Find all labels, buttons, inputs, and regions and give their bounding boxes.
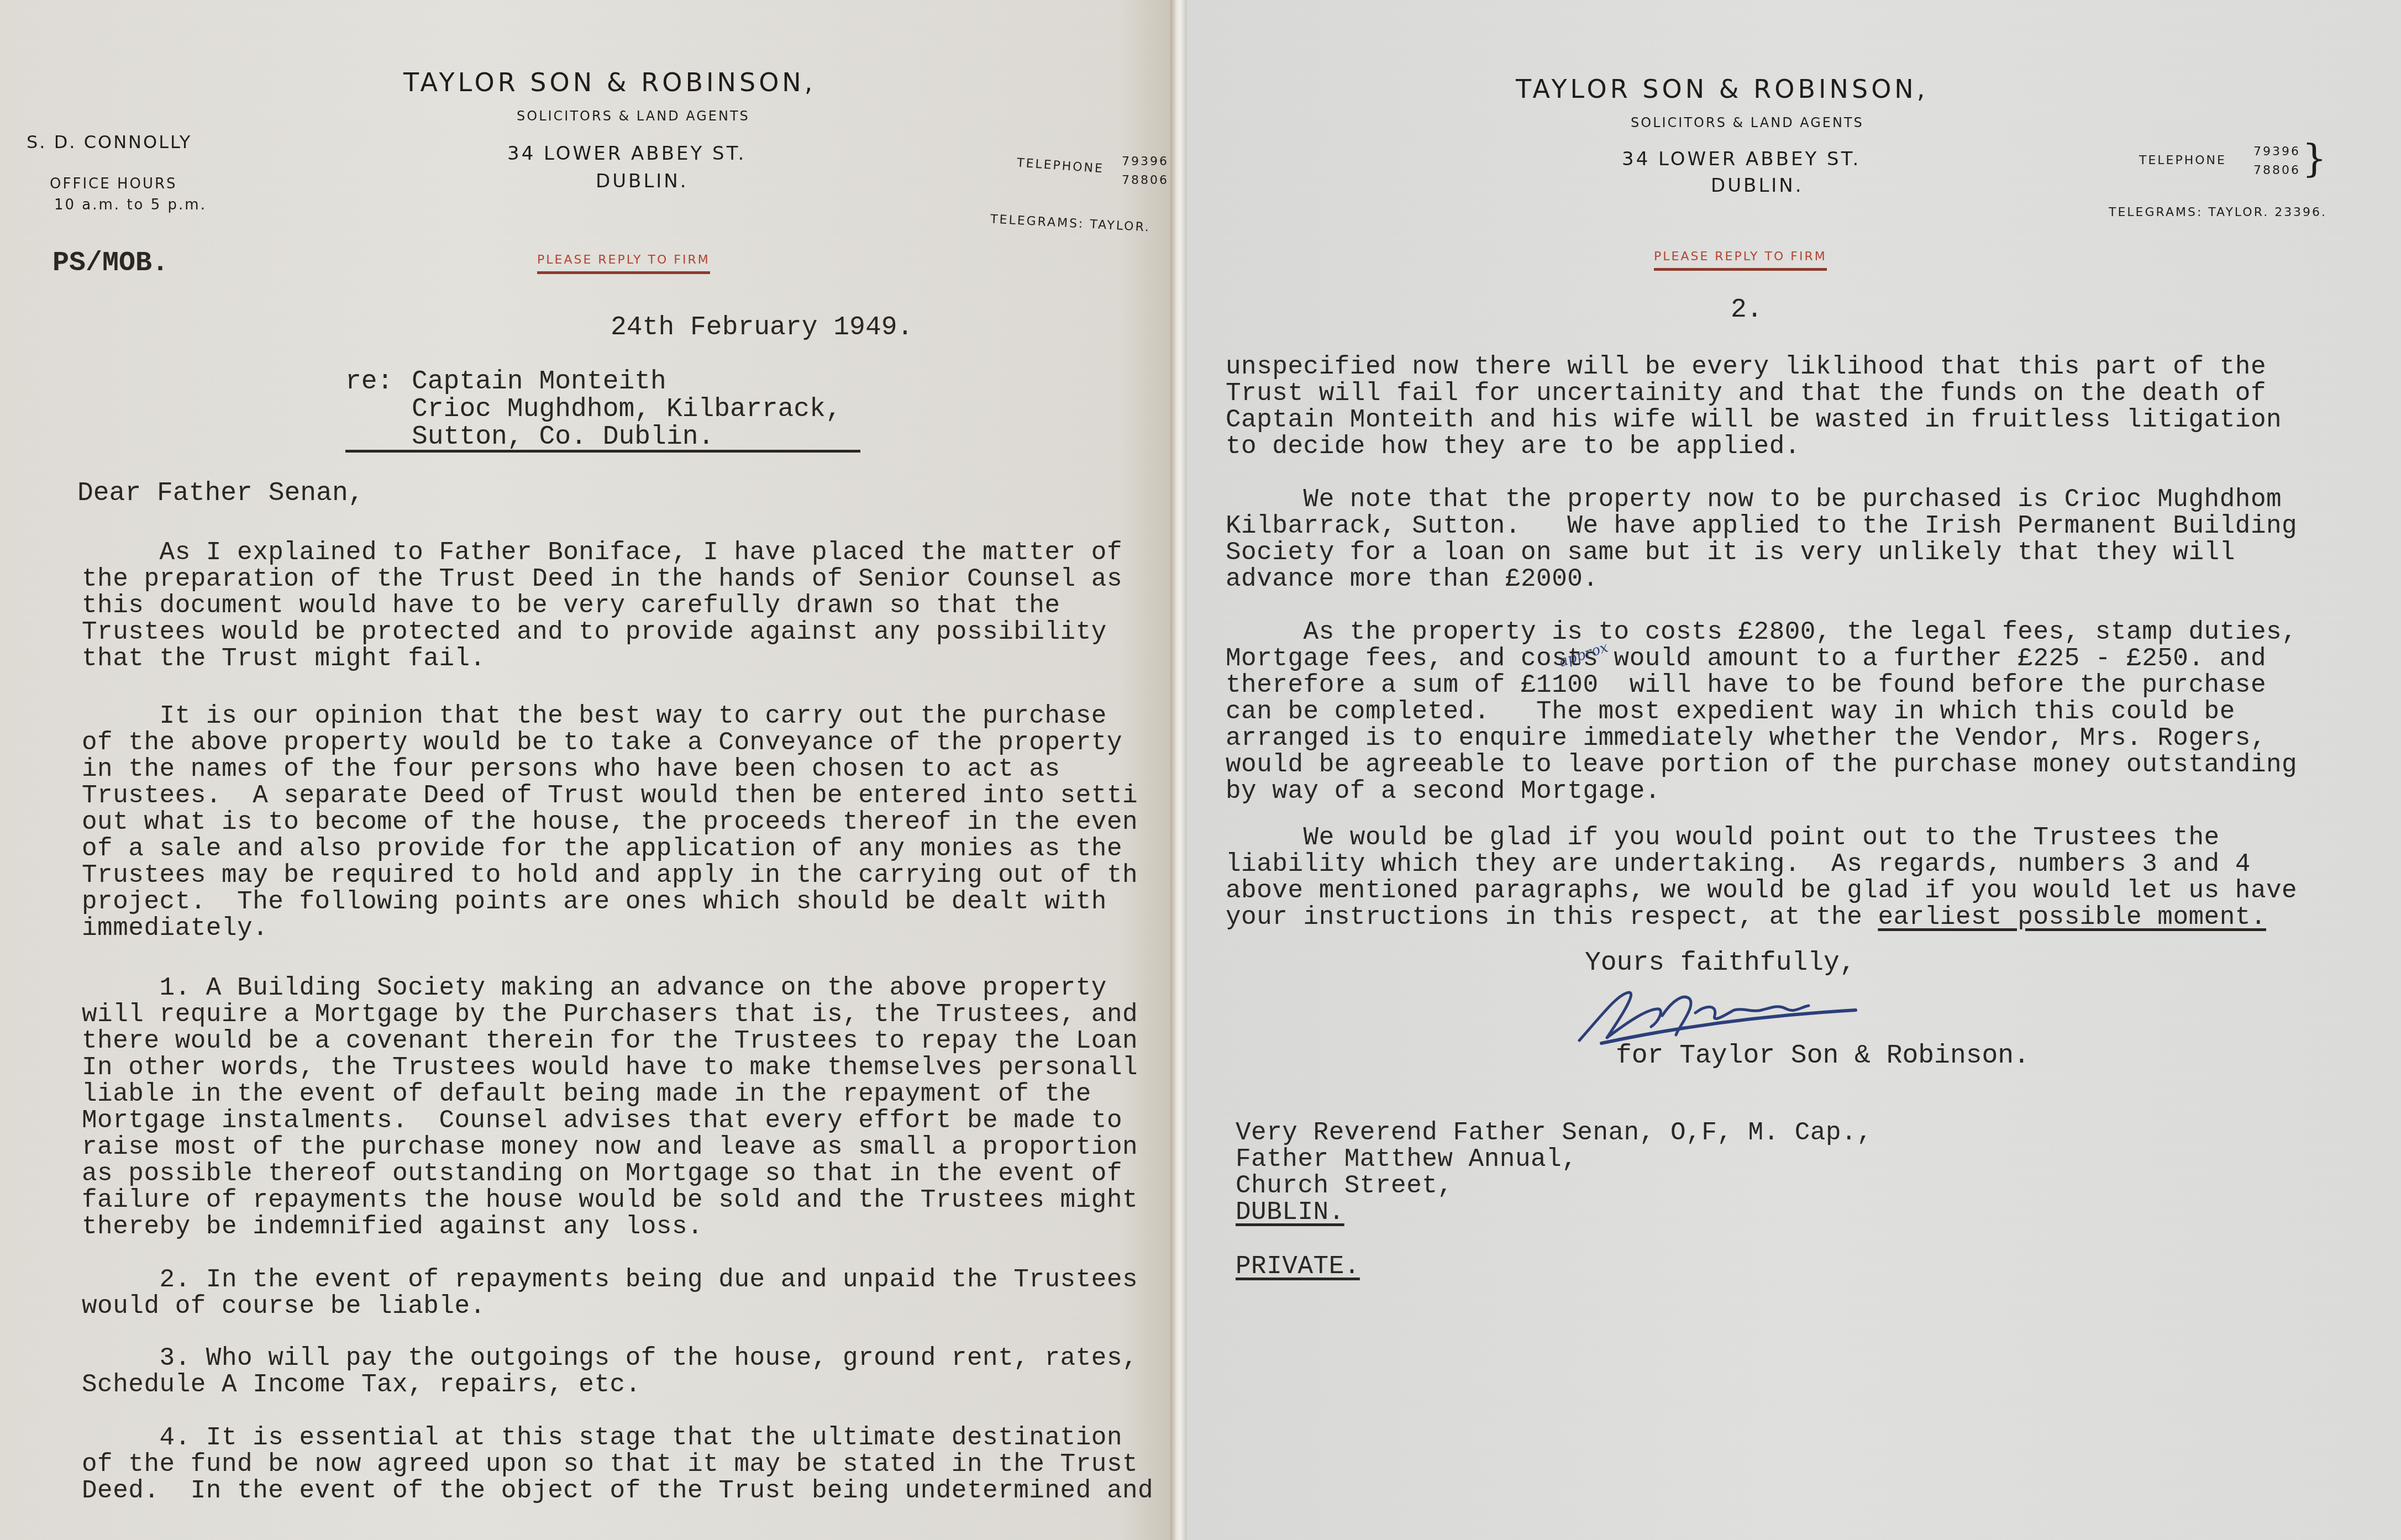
- telephone-label: Telephone: [1016, 156, 1104, 176]
- body-paragraph-property: We note that the property now to be purc…: [1226, 486, 2297, 592]
- letter-page-2: Taylor Son & Robinson, Solicitors & Land…: [1187, 0, 2401, 1540]
- firm-address-city: Dublin.: [1711, 175, 1804, 197]
- firm-address-city: Dublin.: [596, 170, 689, 192]
- page-number: 2.: [1731, 296, 1763, 324]
- firm-name: Taylor Son & Robinson,: [1516, 74, 1928, 104]
- telegrams-address: Telegrams: Taylor. 23396.: [2109, 206, 2327, 219]
- addressee-line-2: Father Matthew Annual,: [1236, 1146, 1577, 1173]
- telephone-number-1: 79396: [2253, 145, 2300, 159]
- signature-icon: [1568, 982, 1878, 1049]
- office-hours: 10 a.m. to 5 p.m.: [54, 197, 207, 213]
- firm-address-street: 34 Lower Abbey St.: [507, 143, 746, 165]
- addressee-city: DUBLIN.: [1236, 1199, 1344, 1226]
- body-paragraph-last-line: your instructions in this respect, at th…: [1226, 904, 2266, 931]
- reply-notice: Please reply to firm: [537, 253, 710, 274]
- body-paragraph-1: As I explained to Father Boniface, I hav…: [82, 539, 1122, 672]
- telephone-number-2: 78806: [1122, 174, 1169, 187]
- private-marking: PRIVATE.: [1236, 1253, 1360, 1280]
- numbered-point-4: 4. It is essential at this stage that th…: [82, 1425, 1153, 1504]
- body-paragraph-costs: As the property is to costs £2800, the l…: [1226, 619, 2297, 805]
- re-label: re:: [345, 368, 393, 396]
- addressee-line-1: Very Reverend Father Senan, O,F, M. Cap.…: [1236, 1119, 1872, 1146]
- salutation: Dear Father Senan,: [77, 480, 364, 507]
- continued-paragraph: unspecified now there will be every likl…: [1226, 354, 2282, 460]
- telephone-label: Telephone: [2139, 154, 2226, 167]
- telephone-number-1: 79396: [1122, 155, 1169, 169]
- body-paragraph-liability: We would be glad if you would point out …: [1226, 824, 2297, 904]
- closing: Yours faithfully,: [1585, 949, 1856, 977]
- firm-tagline: Solicitors & Land Agents: [1631, 115, 1864, 130]
- re-line-2: Crioc Mughdhom, Kilbarrack,: [412, 396, 842, 423]
- reference-code: PS/MOB.: [52, 250, 169, 277]
- telephone-number-2: 78806: [2253, 164, 2300, 177]
- letter-date: 24th February 1949.: [611, 314, 913, 341]
- addressee-line-3: Church Street,: [1236, 1173, 1453, 1199]
- partner-name: S. D. Connolly: [27, 132, 192, 153]
- office-hours-label: Office Hours: [50, 176, 177, 192]
- re-line-3: Sutton, Co. Dublin.: [412, 423, 714, 451]
- firm-name: Taylor Son & Robinson,: [403, 67, 816, 97]
- telephone-brace: }: [2302, 139, 2327, 178]
- reply-notice: Please reply to firm: [1654, 250, 1827, 271]
- telegrams-address: Telegrams: Taylor.: [990, 212, 1151, 234]
- underlined-phrase: earliest possible moment.: [1878, 903, 2266, 932]
- body-paragraph-2: It is our opinion that the best way to c…: [82, 703, 1138, 942]
- re-line-1: Captain Monteith: [412, 368, 666, 396]
- signed-for: for Taylor Son & Robinson.: [1616, 1042, 2030, 1070]
- numbered-point-2: 2. In the event of repayments being due …: [82, 1266, 1138, 1320]
- numbered-point-3: 3. Who will pay the outgoings of the hou…: [82, 1345, 1138, 1398]
- numbered-point-1: 1. A Building Society making an advance …: [82, 975, 1138, 1240]
- letter-page-1: Taylor Son & Robinson, Solicitors & Land…: [0, 0, 1177, 1540]
- page-fold-gutter: [1170, 0, 1187, 1540]
- firm-tagline: Solicitors & Land Agents: [517, 108, 750, 124]
- last-line-text: your instructions in this respect, at th…: [1226, 903, 1878, 932]
- re-underline: [345, 450, 860, 453]
- firm-address-street: 34 Lower Abbey St.: [1622, 148, 1861, 170]
